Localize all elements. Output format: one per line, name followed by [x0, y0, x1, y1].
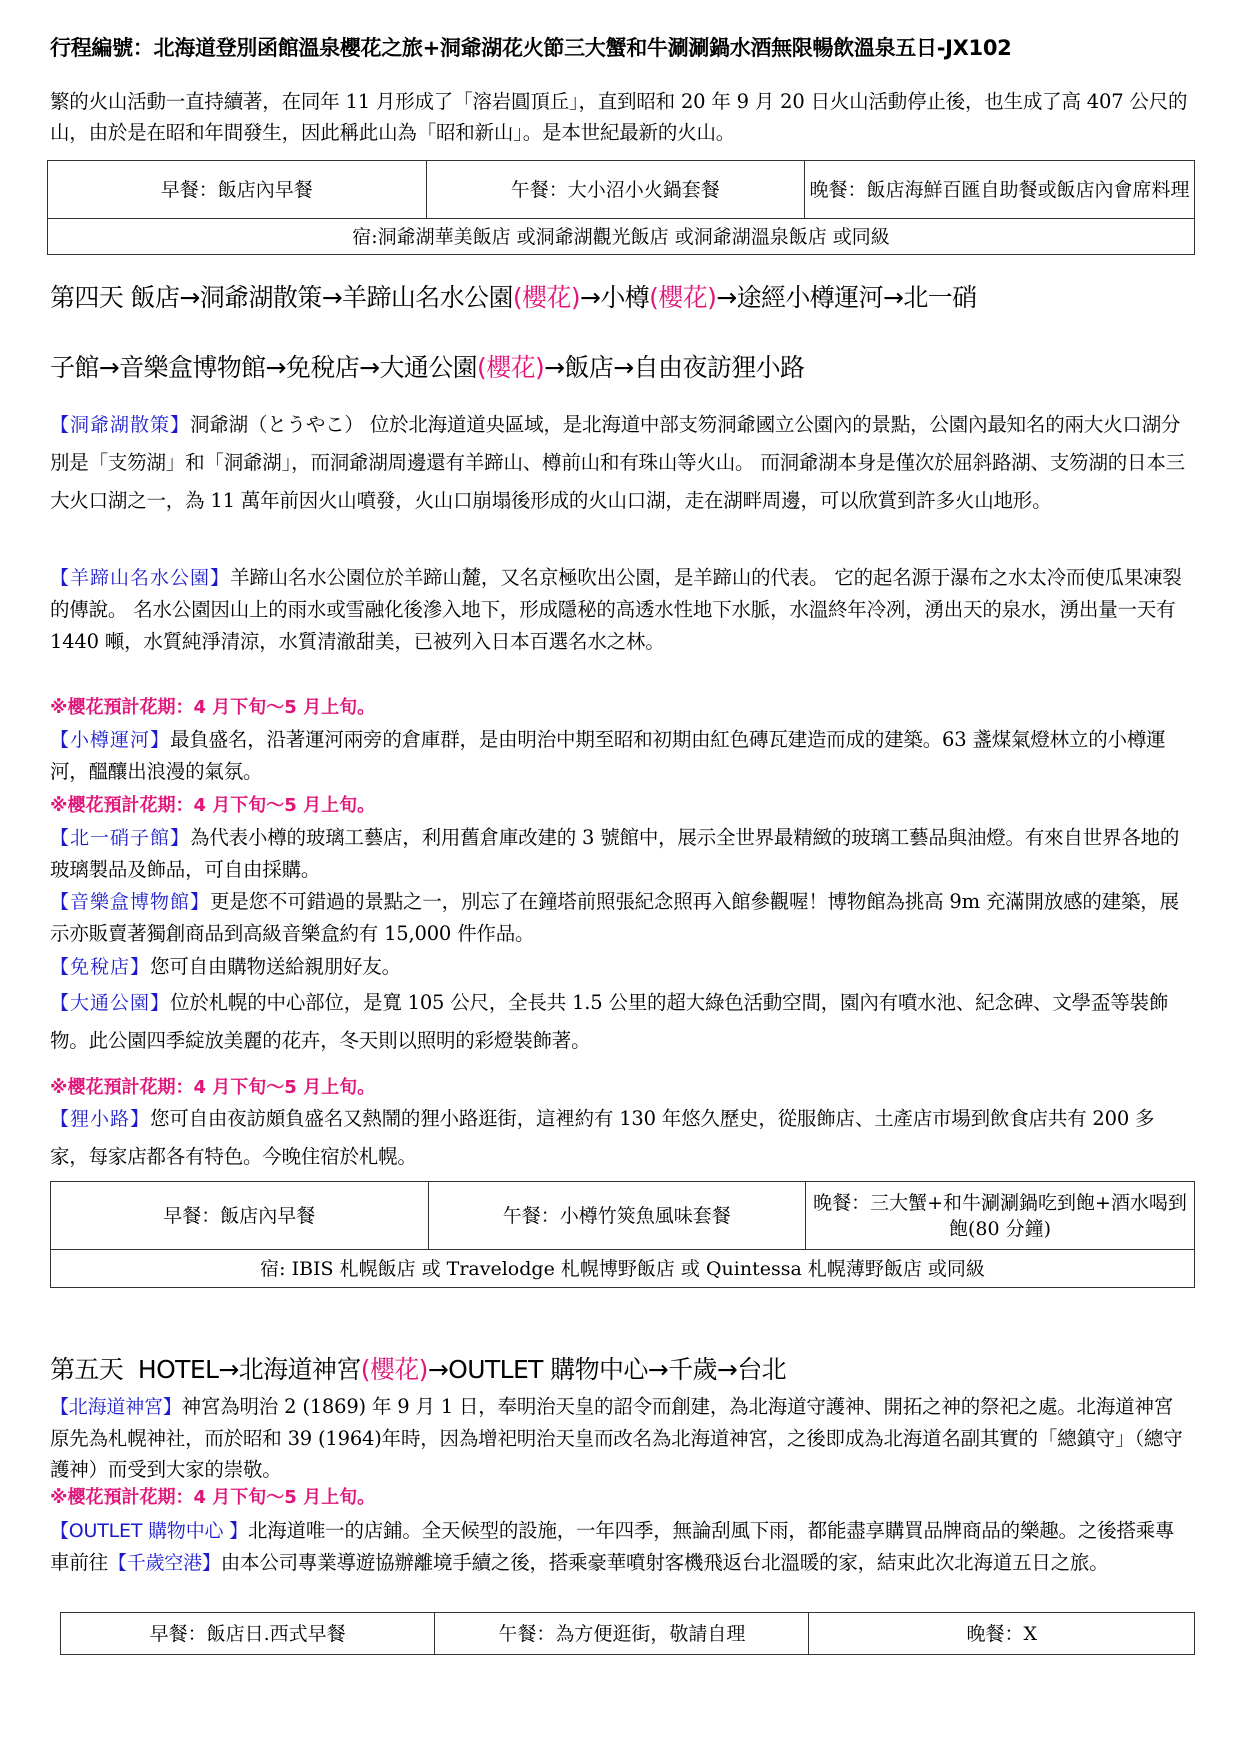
section-text: 您可自由購物送給親朋好友。 [150, 955, 401, 978]
day3-meal-table: 早餐：飯店內早餐 午餐：大小沼小火鍋套餐 晚餐：飯店海鮮百匯自助餐或飯店內會席料… [47, 160, 1195, 255]
day5-meal-table: 早餐：飯店日.西式早餐 午餐：為方便逛街，敬請自理 晚餐：X [60, 1612, 1195, 1655]
route-text: →OUTLET 購物中心→千歲→台北 [428, 1355, 786, 1384]
day4-heading-line1: 第四天 飯店→洞爺湖散策→羊蹄山名水公園(櫻花)→小樽(櫻花)→途經小樽運河→北… [50, 278, 1200, 314]
section-label: 【狸小路】 [50, 1108, 150, 1130]
route-text: →飯店→自由夜訪狸小路 [544, 353, 804, 382]
day-label: 第五天 [50, 1355, 123, 1384]
section-text: 位於札幌的中心部位，是寬 105 公尺，全長共 1.5 公里的超大綠色活動空間，… [50, 991, 1168, 1052]
route-text: →小樽 [580, 283, 649, 312]
section-tanukikoji: 【狸小路】您可自由夜訪頗負盛名又熱鬧的狸小路逛街，這裡約有 130 年悠久歷史，… [50, 1100, 1190, 1176]
section-text: 更是您不可錯過的景點之一，別忘了在鐘塔前照張紀念照再入館參觀喔！博物館為挑高 9… [50, 890, 1179, 945]
section-label: 【音樂盒博物館】 [50, 891, 210, 913]
sakura-tag: (櫻花) [513, 283, 580, 312]
sakura-note: ※櫻花預計花期：4 月下旬～5 月上旬。 [50, 1483, 375, 1509]
breakfast-cell: 早餐：飯店內早餐 [51, 1182, 429, 1250]
section-odori-park: 【大通公園】位於札幌的中心部位，是寬 105 公尺，全長共 1.5 公里的超大綠… [50, 984, 1190, 1060]
section-label: 【洞爺湖散策】 [50, 414, 190, 436]
hotel-cell: 宿: IBIS 札幌飯店 或 Travelodge 札幌博野飯店 或 Quint… [51, 1250, 1195, 1288]
section-otaru-canal: 【小樽運河】最負盛名，沿著運河兩旁的倉庫群，是由明治中期至昭和初期由紅色磚瓦建造… [50, 724, 1190, 788]
section-hokkaido-shrine: 【北海道神宮】神宮為明治 2 (1869) 年 9 月 1 日，奉明治天皇的詔令… [50, 1391, 1190, 1485]
section-label: 【OUTLET 購物中心 】 [50, 1520, 248, 1542]
dinner-cell: 晚餐：X [809, 1613, 1195, 1655]
lunch-cell: 午餐：小樽竹筴魚風味套餐 [428, 1182, 806, 1250]
section-label: 【大通公園】 [50, 992, 170, 1014]
section-label-chitose: 【千歲空港】 [108, 1552, 221, 1574]
dinner-cell: 晚餐：飯店海鮮百匯自助餐或飯店內會席料理 [805, 161, 1195, 219]
section-label: 【北海道神宮】 [50, 1396, 182, 1418]
lunch-cell: 午餐：大小沼小火鍋套餐 [426, 161, 805, 219]
section-label: 【羊蹄山名水公園】 [50, 567, 230, 589]
sakura-note: ※櫻花預計花期：4 月下旬～5 月上旬。 [50, 1073, 375, 1099]
sakura-tag: (櫻花) [477, 353, 544, 382]
section-text: 神宮為明治 2 (1869) 年 9 月 1 日，奉明治天皇的詔令而創建，為北海… [50, 1395, 1183, 1481]
dinner-cell: 晚餐：三大蟹+和牛涮涮鍋吃到飽+酒水喝到飽(80 分鐘) [806, 1182, 1195, 1250]
sakura-tag: (櫻花) [361, 1355, 428, 1384]
route-text: 飯店→洞爺湖散策→羊蹄山名水公園 [123, 283, 513, 312]
route-text: 子館→音樂盒博物館→免稅店→大通公園 [50, 353, 477, 382]
route-text: HOTEL→北海道神宮 [123, 1355, 361, 1384]
day-label: 第四天 [50, 283, 123, 312]
section-text: 最負盛名，沿著運河兩旁的倉庫群，是由明治中期至昭和初期由紅色磚瓦建造而成的建築。… [50, 728, 1165, 783]
section-text: 您可自由夜訪頗負盛名又熱鬧的狸小路逛街，這裡約有 130 年悠久歷史，從服飾店、… [50, 1107, 1154, 1168]
lunch-cell: 午餐：為方便逛街，敬請自理 [435, 1613, 809, 1655]
day4-heading-line2: 子館→音樂盒博物館→免稅店→大通公園(櫻花)→飯店→自由夜訪狸小路 [50, 348, 1200, 384]
day4-meal-table: 早餐：飯店內早餐 午餐：小樽竹筴魚風味套餐 晚餐：三大蟹+和牛涮涮鍋吃到飽+酒水… [50, 1181, 1195, 1288]
section-text: 為代表小樽的玻璃工藝店，利用舊倉庫改建的 3 號館中，展示全世界最精緻的玻璃工藝… [50, 826, 1179, 881]
breakfast-cell: 早餐：飯店日.西式早餐 [61, 1613, 435, 1655]
section-duty-free: 【免稅店】您可自由購物送給親朋好友。 [50, 951, 1190, 983]
route-text: →途經小樽運河→北一硝 [716, 283, 976, 312]
itinerary-title: 行程編號：北海道登別函館溫泉櫻花之旅+洞爺湖花火節三大蟹和牛涮涮鍋水酒無限暢飲溫… [50, 32, 1200, 62]
day5-heading: 第五天 HOTEL→北海道神宮(櫻花)→OUTLET 購物中心→千歲→台北 [50, 1350, 1200, 1386]
sakura-note: ※櫻花預計花期：4 月下旬～5 月上旬。 [50, 693, 375, 719]
section-kitaichi-glass: 【北一硝子館】為代表小樽的玻璃工藝店，利用舊倉庫改建的 3 號館中，展示全世界最… [50, 822, 1190, 886]
section-music-box-museum: 【音樂盒博物館】更是您不可錯過的景點之一，別忘了在鐘塔前照張紀念照再入館參觀喔！… [50, 886, 1190, 950]
section-text: 由本公司專業導遊協辦離境手續之後，搭乘豪華噴射客機飛返台北溫暖的家，結束此次北海… [221, 1551, 1109, 1574]
sakura-note: ※櫻花預計花期：4 月下旬～5 月上旬。 [50, 791, 375, 817]
section-yotei-water-park: 【羊蹄山名水公園】羊蹄山名水公園位於羊蹄山麓，又名京極吹出公園，是羊蹄山的代表。… [50, 562, 1190, 658]
section-label: 【小樽運河】 [50, 729, 170, 751]
section-outlet: 【OUTLET 購物中心 】北海道唯一的店鋪。全天候型的設施，一年四季，無論刮風… [50, 1515, 1190, 1579]
breakfast-cell: 早餐：飯店內早餐 [48, 161, 427, 219]
sakura-tag: (櫻花) [649, 283, 716, 312]
hotel-cell: 宿:洞爺湖華美飯店 或洞爺湖觀光飯店 或洞爺湖溫泉飯店 或同級 [48, 219, 1195, 255]
section-label: 【免稅店】 [50, 956, 150, 978]
day3-tail-paragraph: 繁的火山活動一直持續著，在同年 11 月形成了「溶岩圓頂丘」，直到昭和 20 年… [50, 86, 1190, 148]
section-label: 【北一硝子館】 [50, 827, 190, 849]
section-lake-toya: 【洞爺湖散策】洞爺湖（とうやこ） 位於北海道道央區域，是北海道中部支笏洞爺國立公… [50, 406, 1190, 520]
section-text: 洞爺湖（とうやこ） 位於北海道道央區域，是北海道中部支笏洞爺國立公園內的景點，公… [50, 413, 1185, 512]
